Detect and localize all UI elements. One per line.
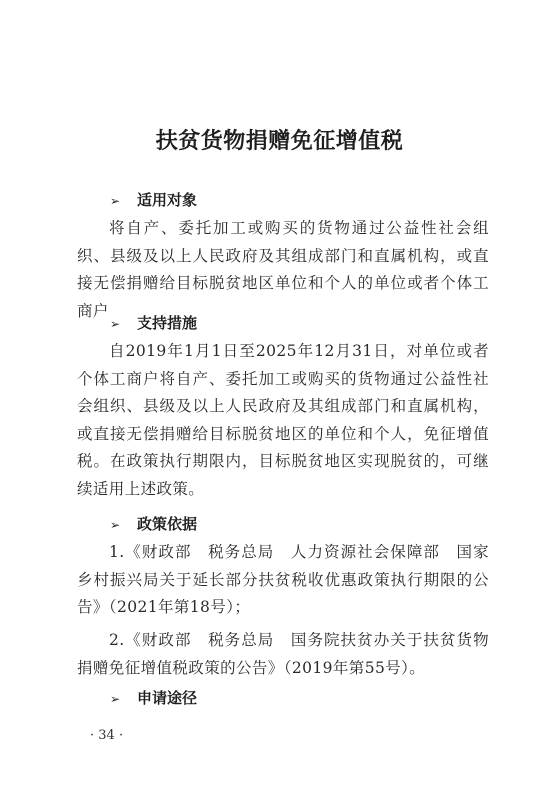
- heading-label: 适用对象: [137, 191, 197, 209]
- section-heading-applicable-objects: ➢适用对象: [110, 189, 197, 211]
- section-heading-policy-basis: ➢政策依据: [110, 513, 197, 535]
- paragraph: 1.《财政部 税务总局 人力资源社会保障部 国家乡村振兴局关于延长部分扶贫税收优…: [77, 539, 489, 622]
- arrow-bullet-icon: ➢: [110, 313, 137, 335]
- arrow-bullet-icon: ➢: [110, 190, 137, 212]
- arrow-bullet-icon: ➢: [110, 514, 137, 536]
- section-heading-support-measures: ➢支持措施: [110, 312, 197, 334]
- page-number: · 34 ·: [90, 728, 123, 743]
- heading-label: 政策依据: [137, 515, 197, 533]
- paragraph: 将自产、委托加工或购买的货物通过公益性社会组织、县级及以上人民政府及其组成部门和…: [77, 215, 489, 325]
- section-heading-application-channel: ➢申请途径: [110, 687, 197, 709]
- paragraph: 自2019年1月1日至2025年12月31日，对单位或者个体工商户将自产、委托加…: [77, 338, 489, 503]
- heading-label: 申请途径: [137, 689, 197, 707]
- paragraph: 2.《财政部 税务总局 国务院扶贫办关于扶贫货物捐赠免征增值税政策的公告》（20…: [77, 627, 489, 682]
- arrow-bullet-icon: ➢: [110, 688, 137, 710]
- heading-label: 支持措施: [137, 314, 197, 332]
- page-title: 扶贫货物捐赠免征增值税: [0, 124, 559, 155]
